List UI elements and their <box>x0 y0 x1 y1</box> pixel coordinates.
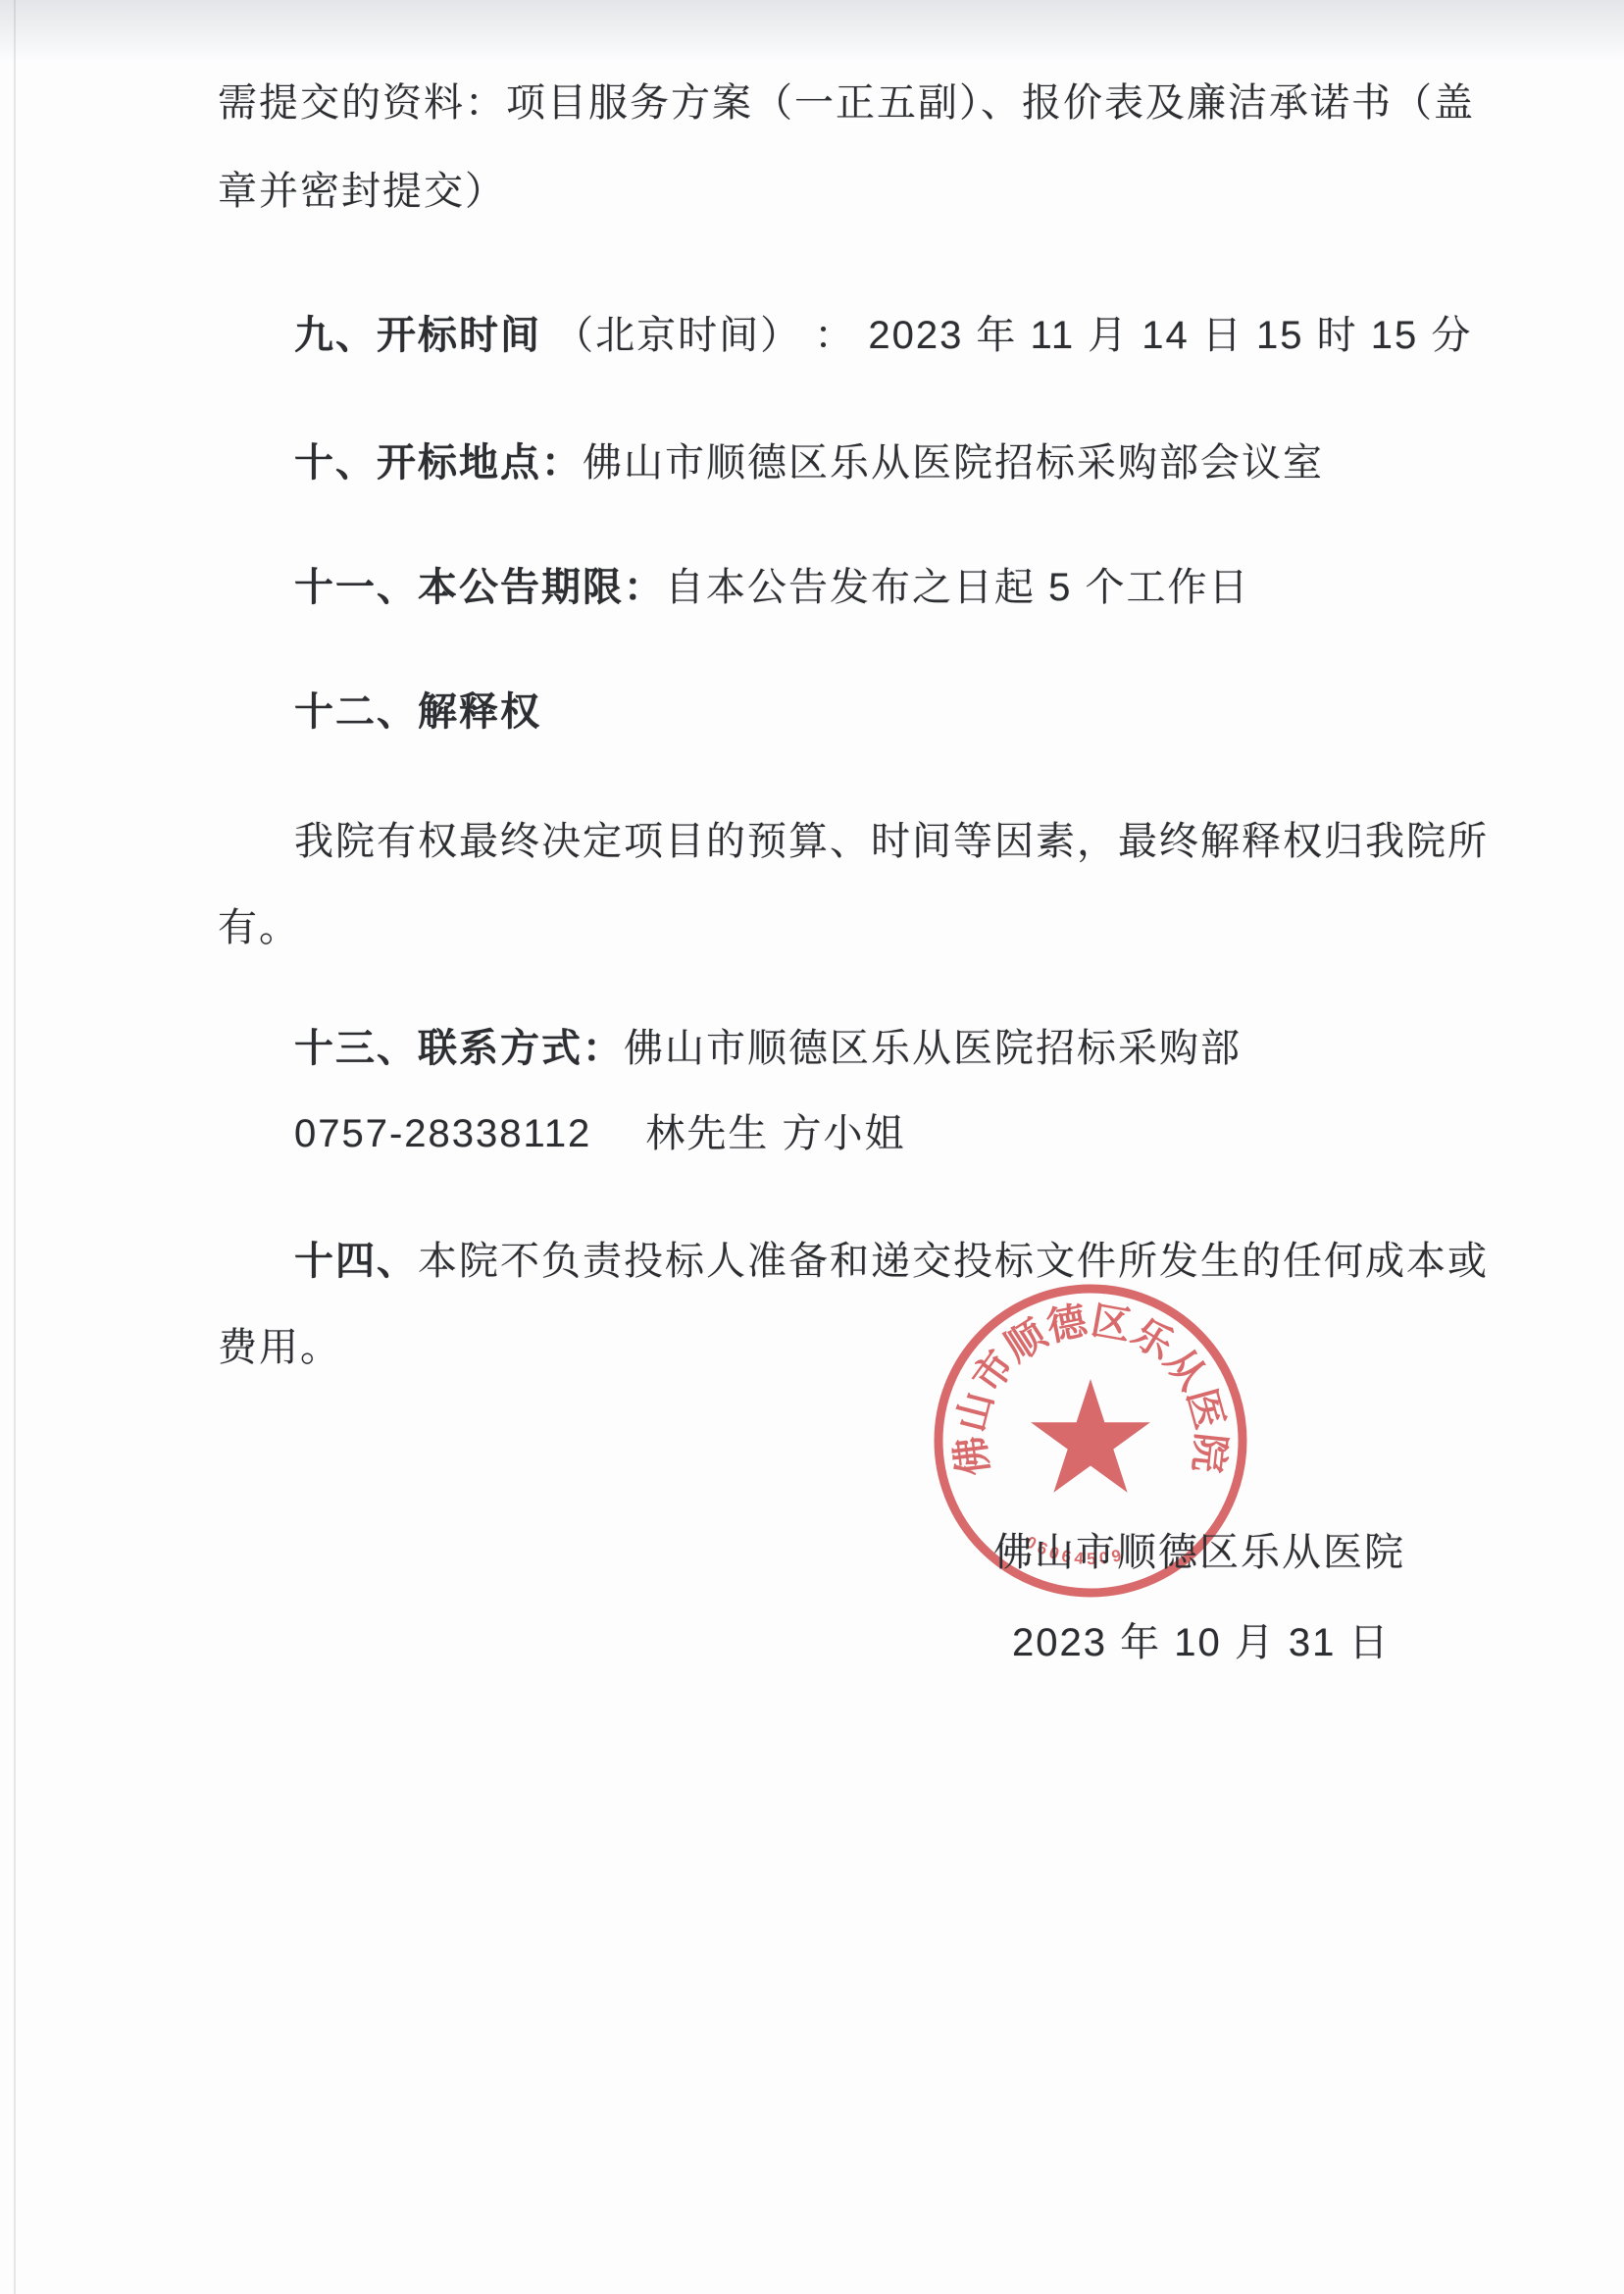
item-11-text: 自本公告发布之日起 5 个工作日 <box>665 566 1249 609</box>
signature-organization: 佛山市顺德区乐从医院 <box>993 1528 1405 1577</box>
item-14-cost-disclaimer-line-1: 十四、本院不负责投标人准备和递交投标文件所发生的任何成本或 <box>294 1237 1489 1286</box>
item-13-contact: 十三、联系方式：佛山市顺德区乐从医院招标采购部 <box>294 1024 1242 1073</box>
item-12-interpretation-right: 十二、解释权 <box>294 688 541 737</box>
seal-star-icon <box>1031 1379 1150 1493</box>
document-page: 需提交的资料：项目服务方案（一正五副）、报价表及廉洁承诺书（盖 章并密封提交） … <box>0 0 1624 2294</box>
item-9-opening-time: 九、开标时间 （北京时间） ： 2023 年 11 月 14 日 15 时 15… <box>294 311 1472 360</box>
item-10-opening-place: 十、开标地点：佛山市顺德区乐从医院招标采购部会议室 <box>294 438 1324 487</box>
intro-line-2: 章并密封提交） <box>218 167 506 216</box>
item-14-text: 本院不负责投标人准备和递交投标文件所发生的任何成本或 <box>418 1240 1489 1283</box>
item-10-label: 十、开标地点： <box>294 441 583 484</box>
intro-line-1: 需提交的资料：项目服务方案（一正五副）、报价表及廉洁承诺书（盖 <box>218 78 1475 127</box>
item-13-label: 十三、联系方式： <box>294 1027 624 1070</box>
interpretation-paragraph-line-2: 有。 <box>218 903 300 952</box>
interpretation-paragraph-line-1: 我院有权最终决定项目的预算、时间等因素，最终解释权归我院所 <box>294 817 1489 866</box>
item-12-label: 十二、解释权 <box>294 690 541 734</box>
item-10-text: 佛山市顺德区乐从医院招标采购部会议室 <box>583 441 1324 484</box>
signature-date: 2023 年 10 月 31 日 <box>1012 1618 1391 1667</box>
contact-phone-line: 0757-28338112 林先生 方小姐 <box>294 1109 906 1158</box>
item-11-label: 十一、本公告期限： <box>294 566 665 609</box>
item-9-label: 九、开标时间 <box>294 314 541 357</box>
item-14-label: 十四、 <box>294 1240 418 1283</box>
item-9-text: （北京时间） ： 2023 年 11 月 14 日 15 时 15 分 <box>541 314 1472 357</box>
item-11-notice-period: 十一、本公告期限：自本公告发布之日起 5 个工作日 <box>294 563 1249 612</box>
item-14-cost-disclaimer-line-2: 费用。 <box>218 1323 341 1372</box>
item-13-text: 佛山市顺德区乐从医院招标采购部 <box>624 1027 1242 1070</box>
